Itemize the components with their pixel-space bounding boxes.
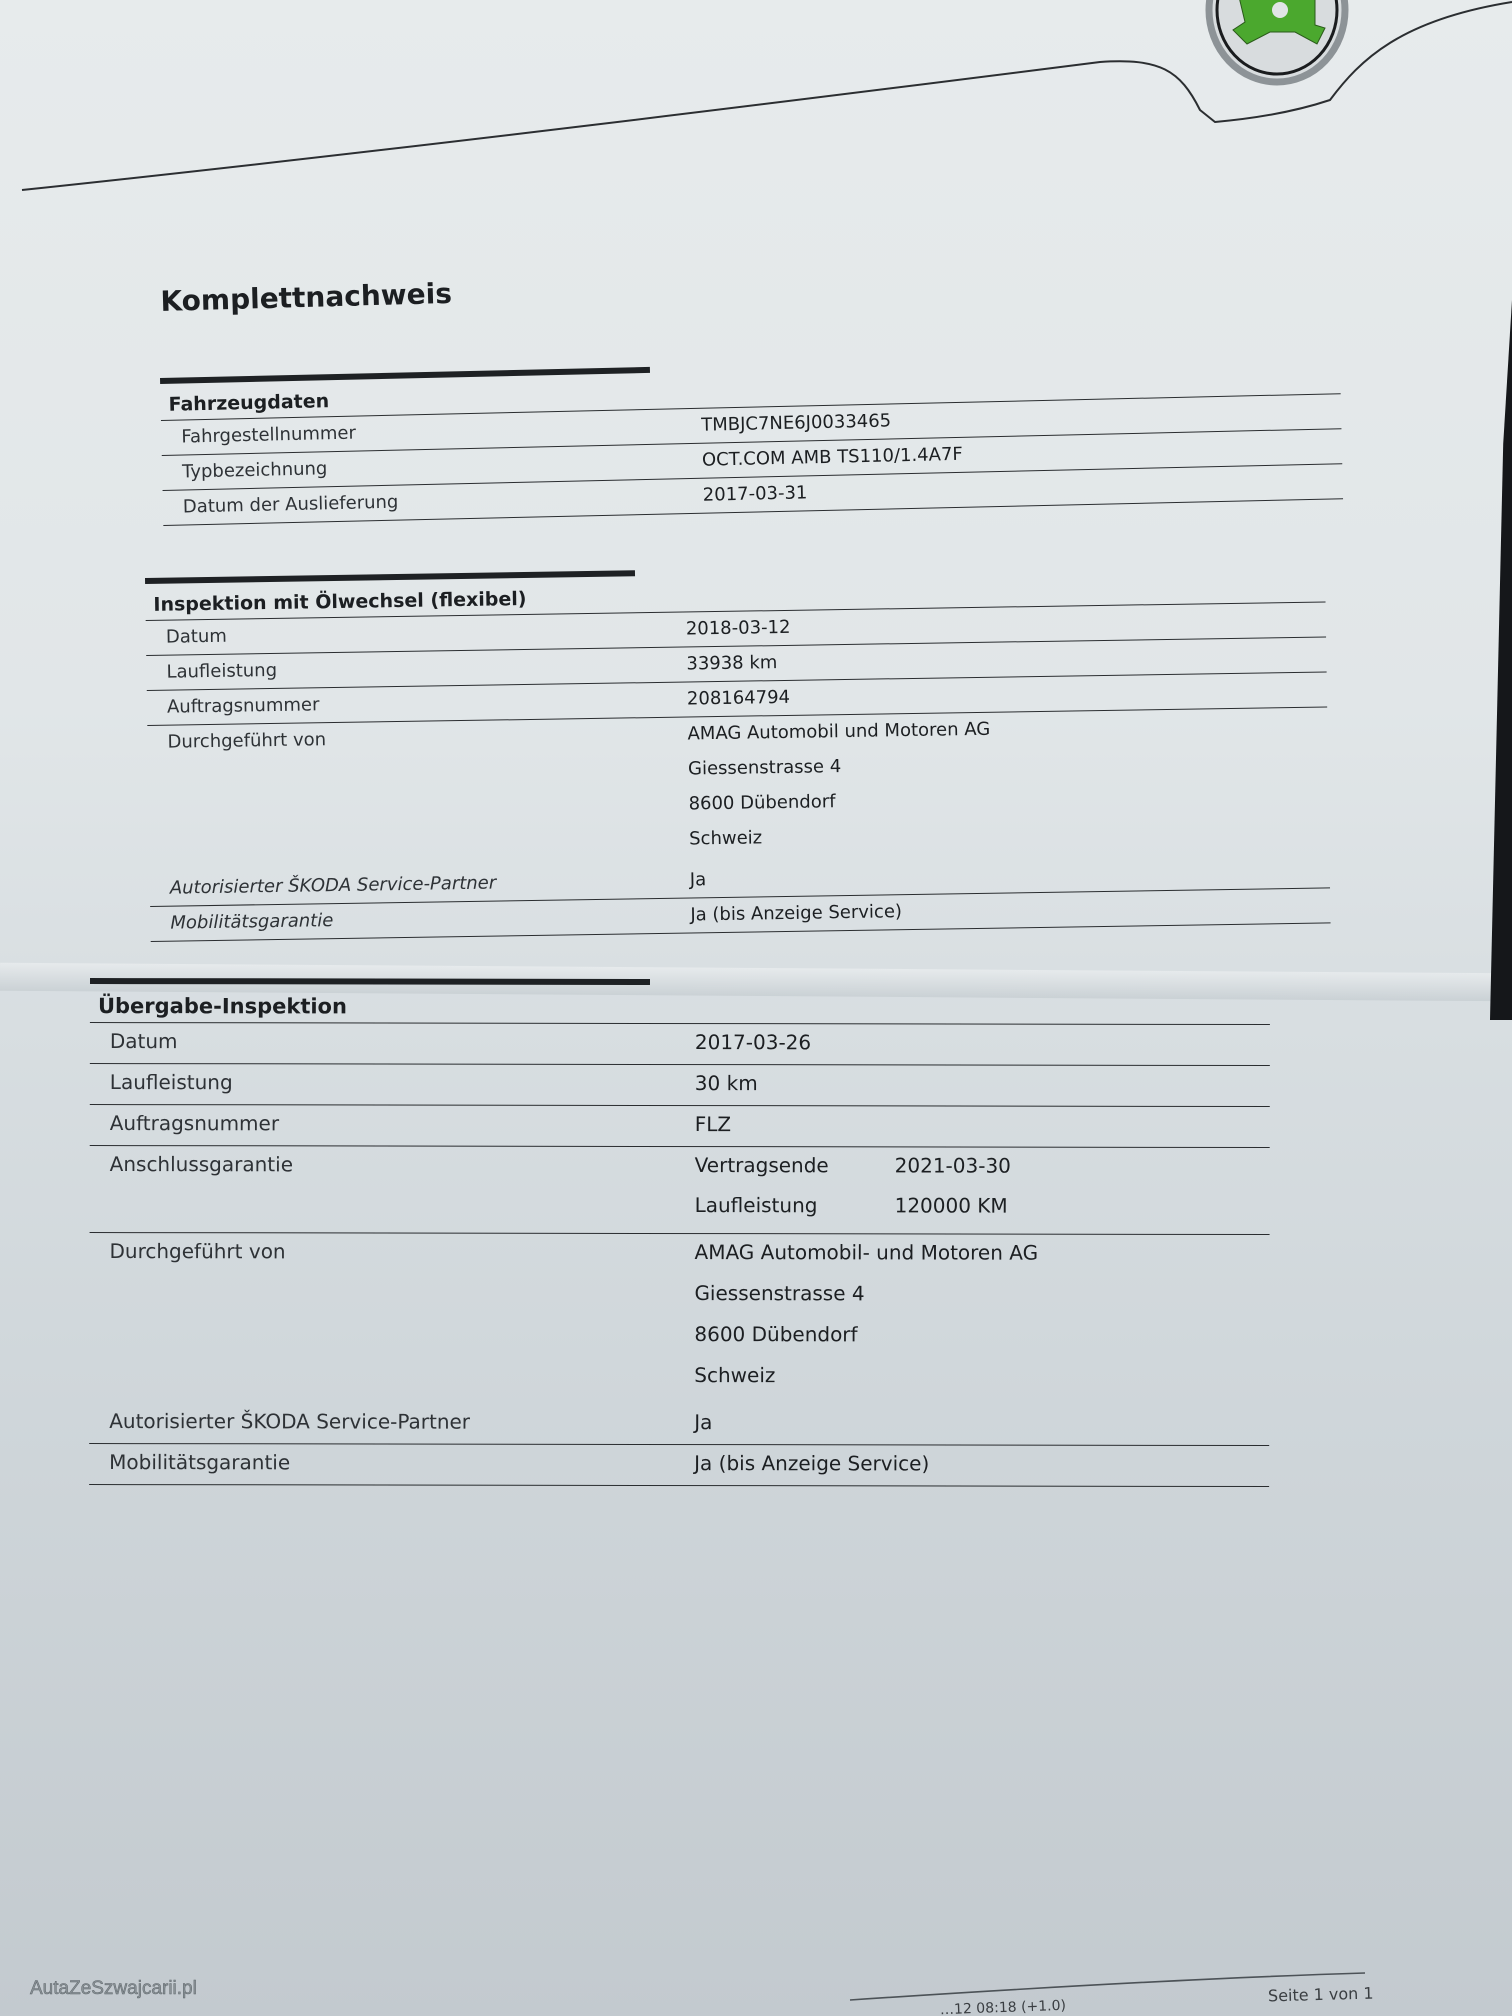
section-vehicle-data: Fahrzeugdaten Fahrgestellnummer TMBJC7NE…: [160, 351, 1343, 526]
authorized-value: Ja: [694, 1404, 1269, 1435]
field-label: Mobilitätsgarantie: [89, 1444, 694, 1475]
table-row: Datum 2017-03-26: [90, 1022, 1270, 1065]
field-label: Auftragsnummer: [90, 1105, 695, 1136]
section-oil-inspection: Inspektion mit Ölwechsel (flexibel) Datu…: [145, 559, 1331, 941]
table-row-performed-by: Durchgeführt von AMAG Automobil und Moto…: [147, 706, 1329, 872]
field-label: Fahrgestellnummer: [161, 409, 701, 448]
section-handover-inspection: Übergabe-Inspektion Datum 2017-03-26 Lau…: [89, 978, 1270, 1487]
field-label: Mobilitätsgarantie: [150, 898, 690, 933]
table-row: Auftragsnummer FLZ: [90, 1104, 1270, 1147]
mileage-value: 30 km: [695, 1065, 1270, 1096]
address-line: Giessenstrasse 4: [694, 1281, 1269, 1323]
address-block: AMAG Automobil und Motoren AG Giessenstr…: [687, 707, 1329, 863]
address-line: Schweiz: [694, 1363, 1269, 1405]
field-label: Anschlussgarantie: [90, 1146, 695, 1177]
mobility-value: Ja (bis Anzeige Service): [694, 1445, 1269, 1476]
field-label: Datum: [146, 613, 686, 648]
address-line: 8600 Dübendorf: [694, 1322, 1269, 1364]
field-label: Auftragsnummer: [147, 683, 687, 718]
warranty-end-value: 2021-03-30: [895, 1153, 1011, 1193]
section-title: Übergabe-Inspektion: [98, 994, 1270, 1020]
skoda-logo-icon: [1205, 0, 1350, 88]
warranty-end: Vertragsende 2021-03-30: [695, 1153, 1270, 1194]
date-value: 2018-03-12: [686, 602, 1326, 639]
warranty-mileage-label: Laufleistung: [695, 1193, 895, 1233]
address-block: AMAG Automobil- und Motoren AG Giessenst…: [694, 1234, 1269, 1405]
address-line: AMAG Automobil- und Motoren AG: [694, 1240, 1269, 1282]
warranty-mileage-value: 120000 KM: [895, 1193, 1008, 1233]
watermark: AutaZeSzwajcarii.pl: [30, 1978, 197, 2000]
section-bar: [90, 978, 650, 985]
field-label: Datum: [90, 1023, 695, 1054]
table-row: Laufleistung 30 km: [90, 1063, 1270, 1106]
warranty-end-label: Vertragsende: [695, 1153, 895, 1193]
date-value: 2017-03-26: [695, 1024, 1270, 1055]
warranty-mileage: Laufleistung 120000 KM: [695, 1193, 1270, 1234]
table-row: Mobilitätsgarantie Ja (bis Anzeige Servi…: [89, 1443, 1269, 1486]
table-row: Autorisierter ŠKODA Service-Partner Ja: [89, 1403, 1269, 1445]
field-label: Laufleistung: [90, 1064, 695, 1095]
print-timestamp: …12 08:18 (+1.0): [940, 1998, 1066, 2016]
order-number-value: FLZ: [695, 1106, 1270, 1137]
field-label: Durchgeführt von: [90, 1233, 695, 1264]
table-row-performed-by: Durchgeführt von AMAG Automobil- und Mot…: [89, 1232, 1269, 1405]
field-label: Autorisierter ŠKODA Service-Partner: [89, 1403, 694, 1434]
field-label: Durchgeführt von: [147, 717, 687, 752]
table-row-warranty: Anschlussgarantie Vertragsende 2021-03-3…: [90, 1145, 1270, 1234]
warranty-block: Vertragsende 2021-03-30 Laufleistung 120…: [695, 1147, 1270, 1234]
field-label: Laufleistung: [146, 648, 686, 683]
page-number: Seite 1 von 1: [1268, 1984, 1374, 2006]
